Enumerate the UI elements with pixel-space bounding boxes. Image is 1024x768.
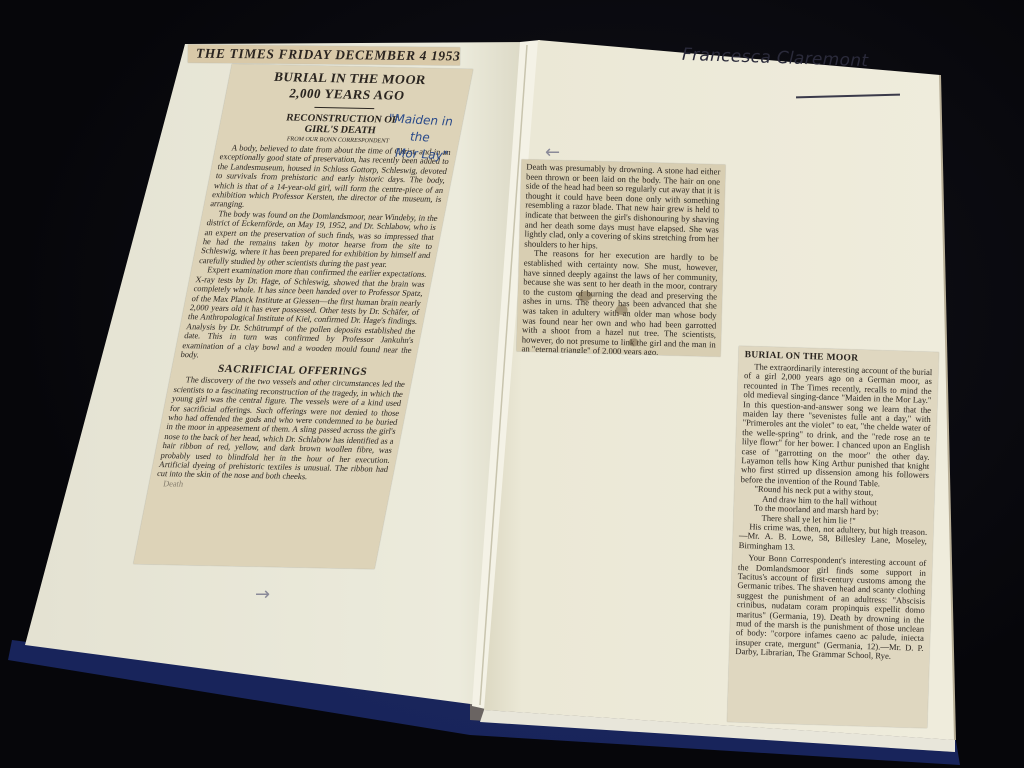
note-line-1: "Maiden in bbox=[388, 110, 453, 130]
letters-clipping: BURIAL ON THE MOOR The extraordinarily i… bbox=[727, 346, 939, 728]
pencil-arrow-right-icon: → bbox=[255, 584, 270, 605]
letter-paragraph: His crime was, then, not adultery, but h… bbox=[739, 522, 928, 556]
handwritten-note: "Maiden in the Mor Lay" bbox=[387, 110, 454, 164]
article-body: A body, believed to date from about the … bbox=[180, 143, 452, 364]
continuation-paragraph: The reasons for her execution are hardly… bbox=[521, 249, 718, 357]
article-paragraph: The discovery of the two vessels and oth… bbox=[156, 375, 406, 483]
masthead-text: THE TIMES FRIDAY DECEMBER 4 1953 bbox=[188, 45, 460, 65]
section-body: The discovery of the two vessels and oth… bbox=[154, 375, 405, 493]
note-line-3: Mor Lay" bbox=[387, 144, 452, 164]
article-paragraph: Expert examination more than confirmed t… bbox=[180, 265, 428, 364]
continuation-clipping: Death was presumably by drowning. A ston… bbox=[517, 159, 726, 356]
continuation-paragraph: Death was presumably by drowning. A ston… bbox=[524, 162, 720, 253]
masthead-clipping: THE TIMES FRIDAY DECEMBER 4 1953 bbox=[188, 45, 460, 66]
article-paragraph: The body was found on the Domlandsmoor, … bbox=[198, 209, 438, 270]
letter-paragraph: The extraordinarily interesting account … bbox=[741, 362, 933, 490]
headline-rule bbox=[314, 107, 374, 109]
letter-paragraph: Your Bonn Correspondent's interesting ac… bbox=[735, 553, 926, 662]
article-headline-line-2: 2,000 YEARS AGO bbox=[231, 84, 463, 105]
